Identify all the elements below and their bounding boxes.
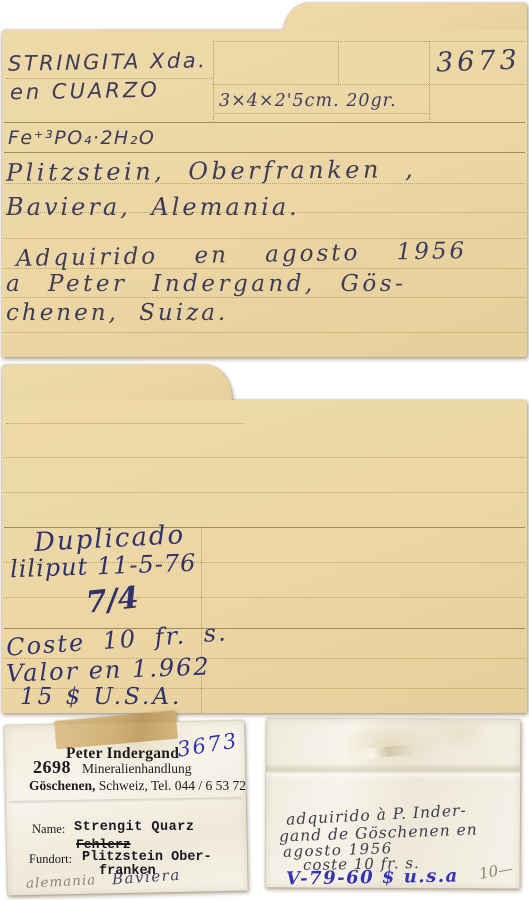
paper-fold [266, 763, 520, 779]
acquisition-note: adquirido à P. Inder- gand de Göschenen … [0, 0, 529, 900]
note-price-code: V-79-60 $ u.s.a [286, 865, 459, 889]
catalog-card-scan: STRINGITA Xda. en CUARZO 3673 3×4×2'5cm.… [0, 0, 529, 900]
